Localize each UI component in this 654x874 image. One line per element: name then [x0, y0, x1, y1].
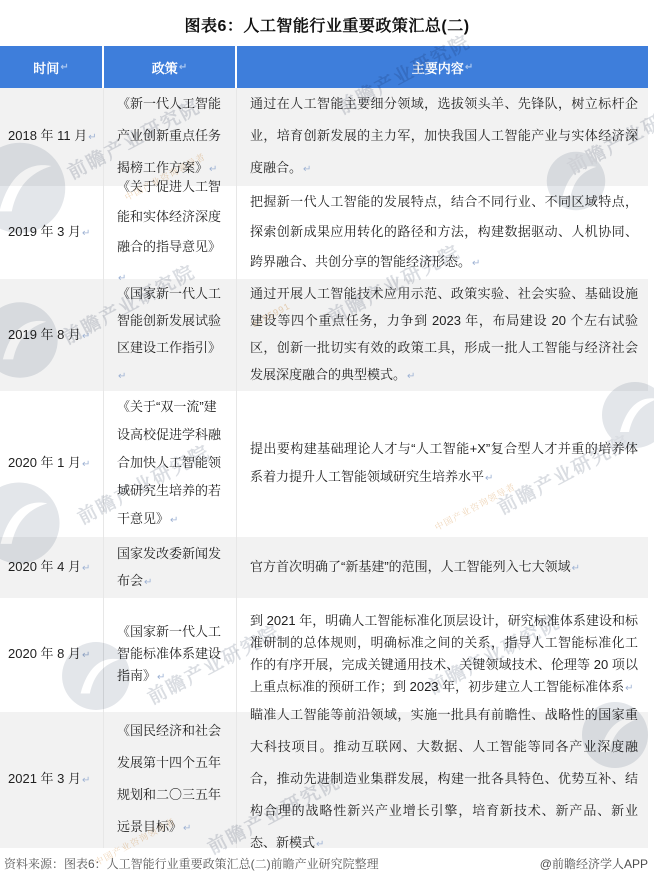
- content-value: 通过开展人工智能技术应用示范、政策实验、社会实验、基础设施建设等四个重点任务，力…: [250, 286, 638, 382]
- table-row: 2021 年 3 月↵ 《国民经济和社会发展第十四个五年规划和二〇三五年远景目标…: [0, 712, 648, 848]
- paragraph-mark: ↵: [485, 473, 493, 484]
- paragraph-mark: ↵: [82, 459, 90, 470]
- policy-cell: 《关于“双一流”建设高校促进学科融合加快人工智能领域研究生培养的若干意见》↵: [104, 391, 237, 537]
- policy-table: 时间↵ 政策↵ 主要内容↵ 2018 年 11 月↵ 《新一代人工智能产业创新重…: [0, 46, 648, 848]
- header-cell-time: 时间↵: [0, 46, 104, 88]
- header-label: 政策: [152, 58, 178, 77]
- paragraph-mark: ↵: [60, 62, 68, 73]
- policy-summary-chart: 图表6：人工智能行业重要政策汇总(二) 时间↵ 政策↵ 主要内容↵ 2018 年…: [0, 0, 654, 874]
- content-cell: 到 2021 年，明确人工智能标准化顶层设计，研究标准体系建设和标准研制的总体规…: [237, 598, 648, 712]
- paragraph-mark: ↵: [572, 563, 580, 574]
- content-value: 到 2021 年，明确人工智能标准化顶层设计，研究标准体系建设和标准研制的总体规…: [250, 613, 638, 694]
- time-cell: 2021 年 3 月↵: [0, 712, 104, 848]
- time-cell: 2020 年 1 月↵: [0, 391, 104, 537]
- paragraph-mark: ↵: [179, 62, 187, 73]
- paragraph-mark: ↵: [303, 164, 311, 175]
- policy-cell: 《国家新一代人工智能创新发展试验区建设工作指引》↵: [104, 279, 237, 391]
- paragraph-mark: ↵: [157, 672, 165, 683]
- header-cell-content: 主要内容↵: [237, 46, 648, 88]
- time-cell: 2018 年 11 月↵: [0, 88, 104, 186]
- paragraph-mark: ↵: [82, 228, 90, 239]
- source-note: 资料来源：图表6：人工智能行业重要政策汇总(二)前瞻产业研究院整理: [4, 855, 379, 874]
- policy-value: 《国家新一代人工智能创新发展试验区建设工作指引》: [117, 286, 221, 355]
- page-title: 图表6：人工智能行业重要政策汇总(二): [0, 0, 654, 46]
- time-value: 2019 年 8 月: [8, 327, 81, 342]
- content-cell: 把握新一代人工智能的发展特点，结合不同行业、不同区域特点，探索创新成果应用转化的…: [237, 186, 648, 279]
- header-label: 主要内容: [412, 58, 464, 77]
- table-row: 2020 年 8 月↵ 《国家新一代人工智能标准体系建设指南》↵ 到 2021 …: [0, 598, 648, 712]
- policy-value: 《关于“双一流”建设高校促进学科融合加快人工智能领域研究生培养的若干意见》: [117, 399, 221, 526]
- content-cell: 瞄准人工智能等前沿领域，实施一批具有前瞻性、战略性的国家重大科技项目。推动互联网…: [237, 712, 648, 848]
- content-value: 提出要构建基础理论人才与“人工智能+X”复合型人才并重的培养体系着力提升人工智能…: [250, 441, 638, 484]
- paragraph-mark: ↵: [170, 515, 178, 526]
- paragraph-mark: ↵: [82, 331, 90, 342]
- policy-cell: 国家发改委新闻发布会↵: [104, 537, 237, 598]
- credit-note: @前瞻经济学人APP: [540, 855, 648, 874]
- paragraph-mark: ↵: [82, 775, 90, 786]
- table-row: 2020 年 4 月↵ 国家发改委新闻发布会↵ 官方首次明确了“新基建”的范围，…: [0, 537, 648, 598]
- content-value: 瞄准人工智能等前沿领域，实施一批具有前瞻性、战略性的国家重大科技项目。推动互联网…: [250, 707, 638, 850]
- footer: 资料来源：图表6：人工智能行业重要政策汇总(二)前瞻产业研究院整理 @前瞻经济学…: [0, 848, 654, 874]
- paragraph-mark: ↵: [118, 371, 126, 382]
- paragraph-mark: ↵: [625, 683, 633, 694]
- content-value: 官方首次明确了“新基建”的范围，人工智能列入七大领域: [250, 559, 571, 574]
- paragraph-mark: ↵: [82, 563, 90, 574]
- time-cell: 2020 年 4 月↵: [0, 537, 104, 598]
- paragraph-mark: ↵: [88, 132, 96, 143]
- policy-value: 《新一代人工智能产业创新重点任务揭榜工作方案》: [117, 96, 221, 175]
- policy-value: 《国家新一代人工智能标准体系建设指南》: [117, 624, 221, 683]
- time-cell: 2019 年 3 月↵: [0, 186, 104, 279]
- time-value: 2018 年 11 月: [8, 128, 87, 143]
- content-value: 把握新一代人工智能的发展特点，结合不同行业、不同区域特点，探索创新成果应用转化的…: [250, 194, 638, 269]
- policy-cell: 《国民经济和社会发展第十四个五年规划和二〇三五年远景目标》↵: [104, 712, 237, 848]
- time-value: 2020 年 4 月: [8, 559, 81, 574]
- time-cell: 2019 年 8 月↵: [0, 279, 104, 391]
- paragraph-mark: ↵: [183, 823, 191, 834]
- policy-value: 《国民经济和社会发展第十四个五年规划和二〇三五年远景目标》: [117, 723, 221, 834]
- time-value: 2021 年 3 月: [8, 771, 81, 786]
- content-cell: 通过在人工智能主要细分领域，选拔领头羊、先锋队，树立标杆企业，培育创新发展的主力…: [237, 88, 648, 186]
- policy-value: 《关于促进人工智能和实体经济深度融合的指导意见》: [117, 179, 221, 254]
- policy-cell: 《国家新一代人工智能标准体系建设指南》↵: [104, 598, 237, 712]
- policy-cell: 《关于促进人工智能和实体经济深度融合的指导意见》↵: [104, 186, 237, 279]
- policy-value: 国家发改委新闻发布会: [117, 546, 221, 588]
- time-value: 2019 年 3 月: [8, 224, 81, 239]
- time-cell: 2020 年 8 月↵: [0, 598, 104, 712]
- table-row: 2019 年 3 月↵ 《关于促进人工智能和实体经济深度融合的指导意见》↵ 把握…: [0, 186, 648, 279]
- header-cell-policy: 政策↵: [104, 46, 237, 88]
- table-row: 2019 年 8 月↵ 《国家新一代人工智能创新发展试验区建设工作指引》↵ 通过…: [0, 279, 648, 391]
- content-cell: 通过开展人工智能技术应用示范、政策实验、社会实验、基础设施建设等四个重点任务，力…: [237, 279, 648, 391]
- table-row: 2020 年 1 月↵ 《关于“双一流”建设高校促进学科融合加快人工智能领域研究…: [0, 391, 648, 537]
- paragraph-mark: ↵: [82, 650, 90, 661]
- paragraph-mark: ↵: [407, 371, 415, 382]
- table-row: 2018 年 11 月↵ 《新一代人工智能产业创新重点任务揭榜工作方案》↵ 通过…: [0, 88, 648, 186]
- paragraph-mark: ↵: [144, 577, 152, 588]
- table-header-row: 时间↵ 政策↵ 主要内容↵: [0, 46, 648, 88]
- time-value: 2020 年 8 月: [8, 646, 81, 661]
- header-label: 时间: [33, 58, 59, 77]
- content-cell: 提出要构建基础理论人才与“人工智能+X”复合型人才并重的培养体系着力提升人工智能…: [237, 391, 648, 537]
- paragraph-mark: ↵: [465, 62, 473, 73]
- paragraph-mark: ↵: [472, 258, 480, 269]
- content-cell: 官方首次明确了“新基建”的范围，人工智能列入七大领域↵: [237, 537, 648, 598]
- time-value: 2020 年 1 月: [8, 455, 81, 470]
